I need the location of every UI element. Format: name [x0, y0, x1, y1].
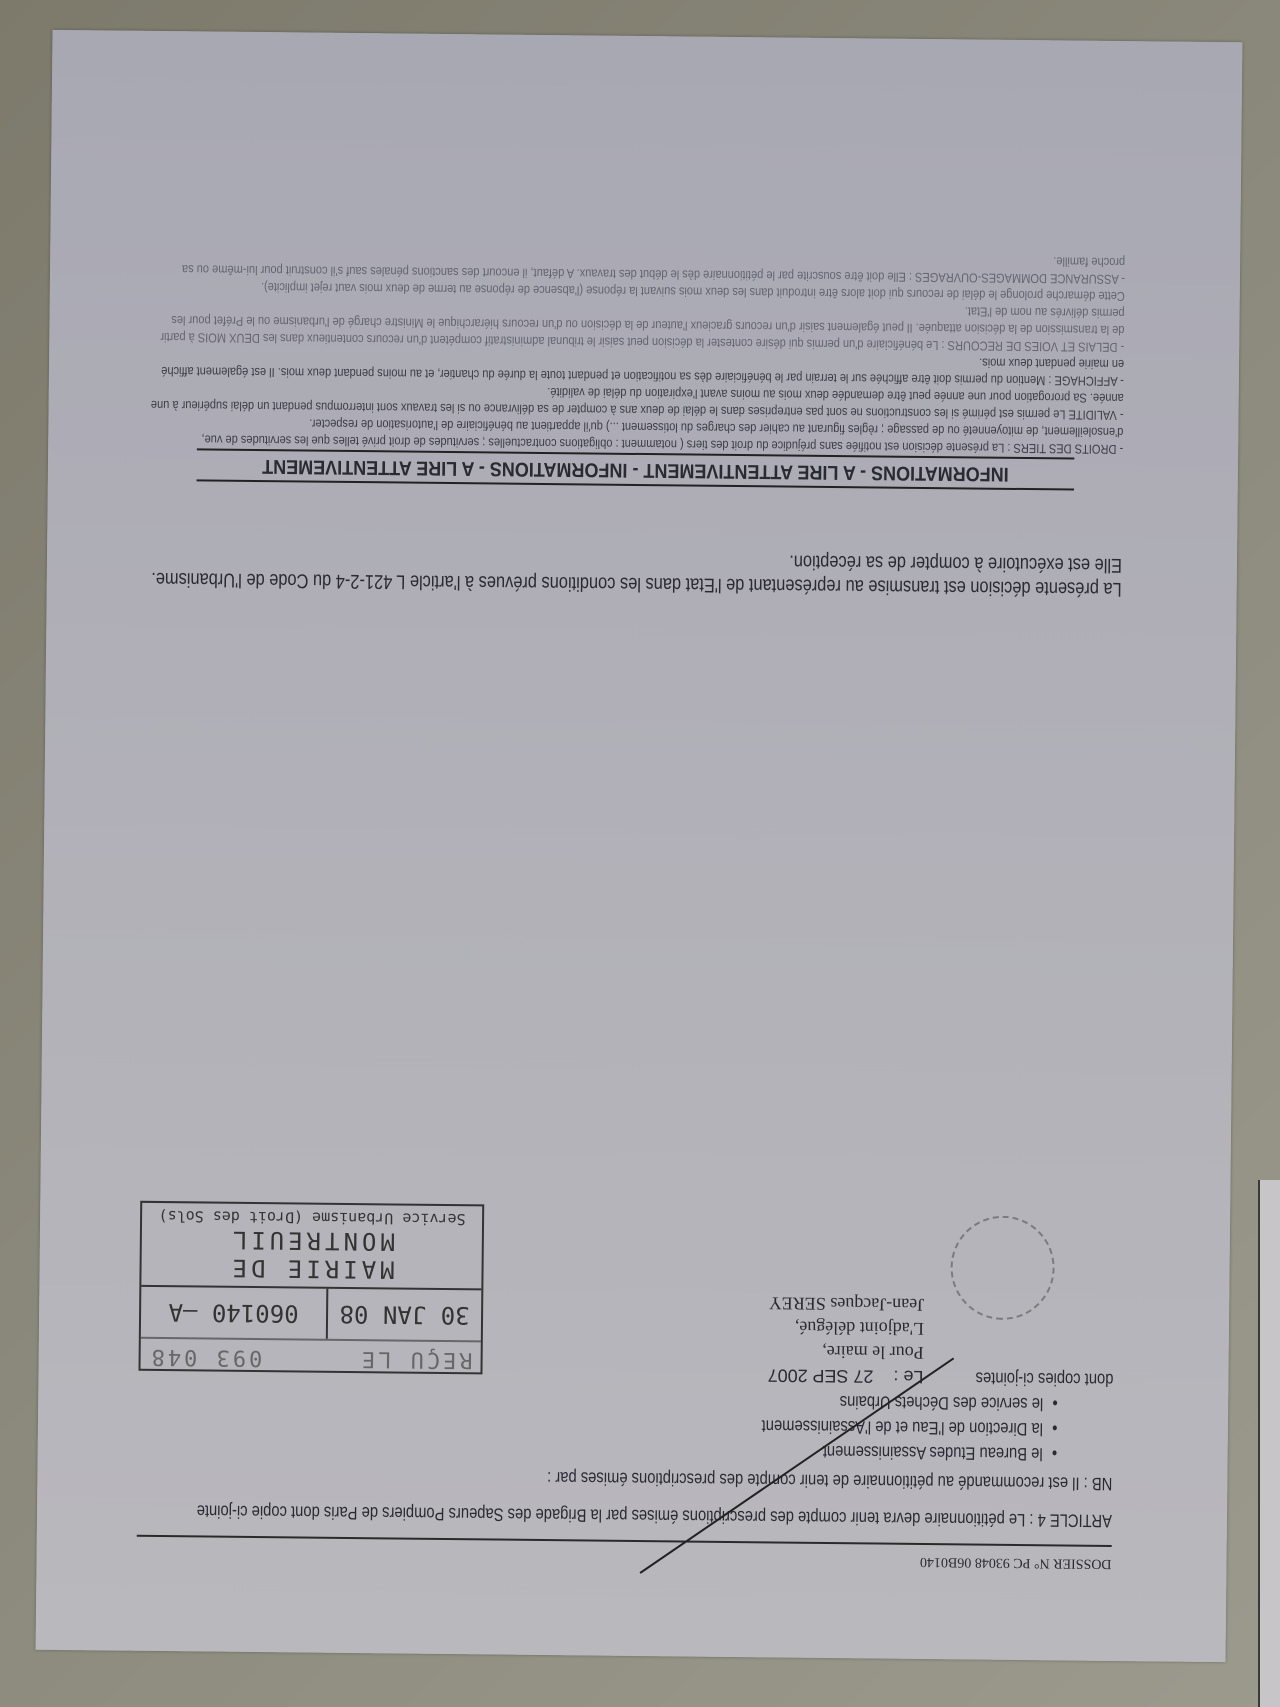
information-section: INFORMATIONS - A LIRE ATTENTIVEMENT - IN…	[148, 244, 1125, 491]
info-paragraph: - DELAIS ET VOIES DE RECOURS : Le bénéfi…	[146, 295, 1124, 356]
stamp-received: REÇU LE	[359, 1341, 473, 1372]
official-seal	[950, 1215, 1055, 1320]
stamp-code: 093 048	[148, 1339, 262, 1370]
stamp-date: 30 JAN 08	[326, 1289, 482, 1341]
stamp-mairie: MAIRIE DE MONTREUIL	[141, 1225, 482, 1289]
transmission-block: La présente décision est transmise au re…	[147, 543, 1122, 601]
signature-block: Le : 27 SEP 2007 Pour le maire, L'adjoin…	[768, 1291, 925, 1389]
services-list: le Bureau Etudes Assainissement la Direc…	[138, 1382, 1114, 1467]
signatory-name: Jean-Jacques SEREY	[768, 1291, 924, 1317]
dossier-number: DOSSIER N° PC 93048 06B0140	[136, 1545, 1111, 1571]
document-page: DOSSIER N° PC 93048 06B0140 ARTICLE 4 : …	[36, 30, 1243, 1662]
le-label: Le :	[893, 1367, 923, 1387]
document-content-flipped: DOSSIER N° PC 93048 06B0140 ARTICLE 4 : …	[36, 30, 1243, 1662]
stamp-service: Service Urbanisme (Droit des Sols)	[142, 1203, 482, 1229]
signature-line2: L'adjoint délégué,	[768, 1315, 924, 1341]
article-4: ARTICLE 4 : Le pétitionnaire devra tenir…	[137, 1500, 1113, 1531]
adjacent-sheet-edge	[1258, 1180, 1280, 1707]
nb-note: NB : Il est recommandé au pétitionnaire …	[137, 1463, 1113, 1494]
stamp-number: 060140 —A	[141, 1298, 326, 1328]
reception-stamp: REÇU LE 093 048 30 JAN 08 060140 —A MAIR…	[138, 1201, 484, 1375]
signature-date: 27 SEP 2007	[768, 1365, 874, 1386]
signature-line1: Pour le maire,	[768, 1339, 924, 1365]
divider	[137, 1535, 1112, 1547]
